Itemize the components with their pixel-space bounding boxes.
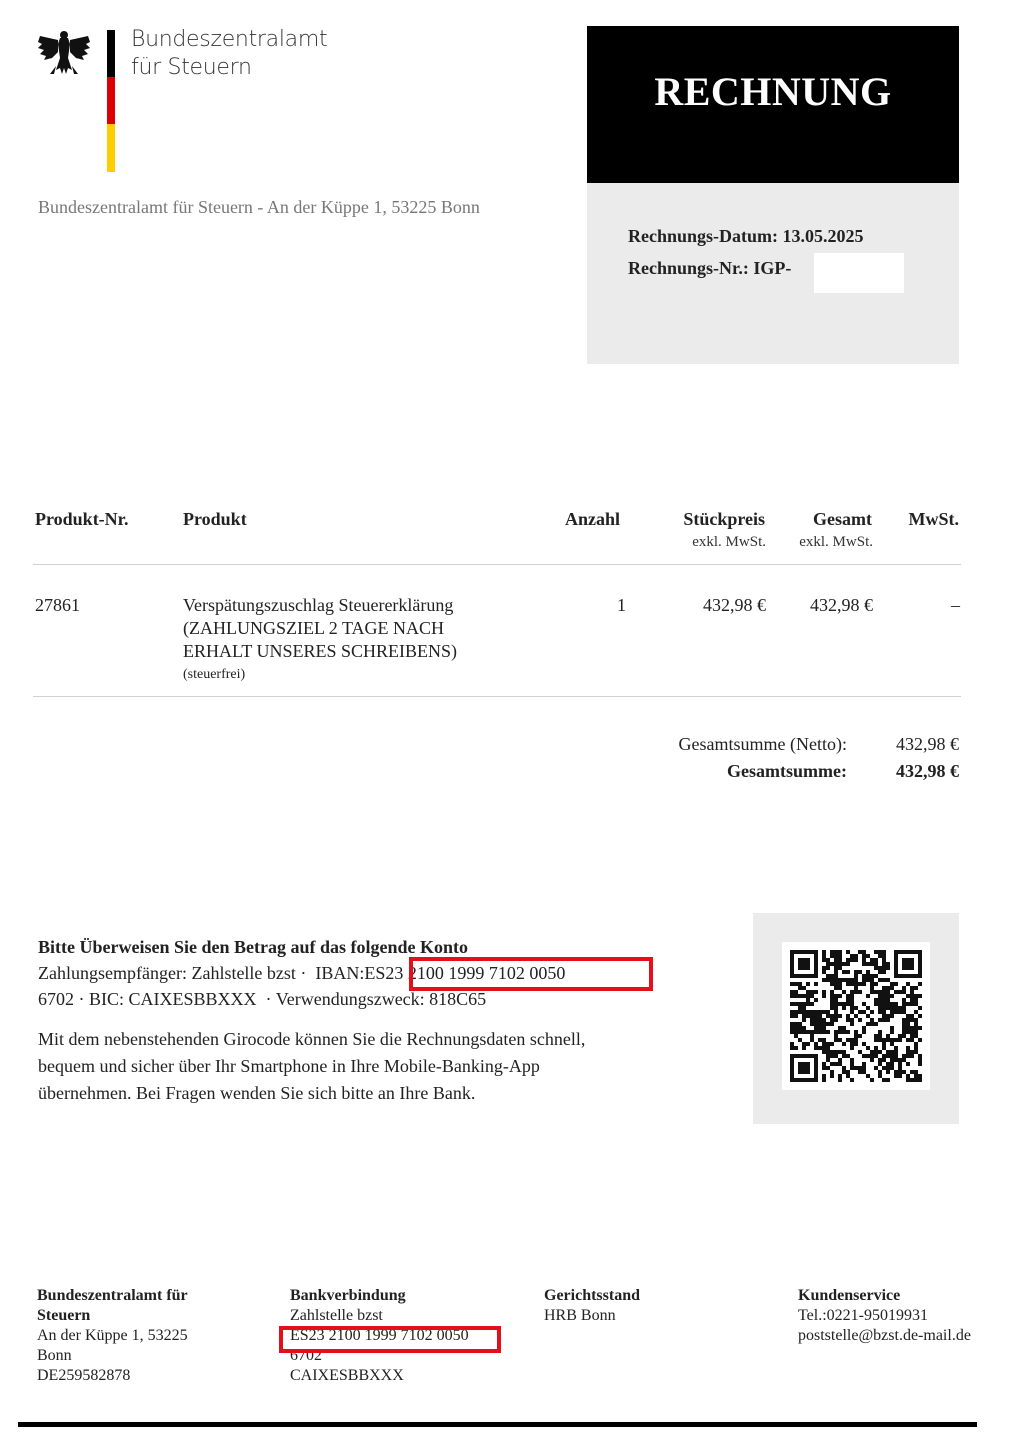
iban-highlight <box>409 957 653 991</box>
net-total-label: Gesamtsumme (Netto): <box>679 734 847 755</box>
bottom-rule <box>18 1422 977 1427</box>
header-total: Gesamt <box>813 509 872 530</box>
gross-total-label: Gesamtsumme: <box>727 761 847 782</box>
row-product-no: 27861 <box>35 594 80 617</box>
footer-iban-highlight <box>279 1326 501 1353</box>
girocode-info: Mit dem nebenstehenden Girocode können S… <box>38 1026 698 1107</box>
row-unit-price: 432,98 € <box>703 594 766 617</box>
header-quantity: Anzahl <box>565 509 620 530</box>
invoice-number: Rechnungs-Nr.: IGP- <box>628 258 791 279</box>
logo-line-2: für Steuern <box>131 54 327 82</box>
row-product: Verspätungszuschlag Steuererklärung (ZAH… <box>183 594 457 686</box>
redaction-box <box>814 253 904 293</box>
logo-line-1: Bundeszentralamt <box>131 26 327 54</box>
sender-address: Bundeszentralamt für Steuern - An der Kü… <box>38 197 480 218</box>
table-divider <box>33 564 961 565</box>
header-total-sub: exkl. MwSt. <box>799 534 873 551</box>
row-vat: – <box>951 594 960 617</box>
service-email[interactable]: poststelle@bzst.de-mail.de <box>798 1326 971 1346</box>
footer-col-service: Kundenservice Tel.:0221-95019931 postste… <box>798 1286 971 1346</box>
net-total-value: 432,98 € <box>896 734 959 755</box>
row-quantity: 1 <box>617 594 626 617</box>
federal-eagle-icon <box>36 26 92 80</box>
invoice-date: Rechnungs-Datum: 13.05.2025 <box>628 226 864 247</box>
gross-total-value: 432,98 € <box>896 761 959 782</box>
girocode-panel <box>753 913 959 1124</box>
tax-note: (steuerfrei) <box>183 663 457 686</box>
qr-code-icon <box>790 950 922 1082</box>
footer-col-sender: Bundeszentralamt für Steuern An der Küpp… <box>37 1286 188 1386</box>
header-product: Produkt <box>183 509 247 530</box>
header-unit-price-sub: exkl. MwSt. <box>692 534 766 551</box>
girocode-qr[interactable] <box>782 942 930 1090</box>
invoice-title-box: RECHNUNG <box>587 26 959 183</box>
header-vat: MwSt. <box>909 509 960 530</box>
header-product-no: Produkt-Nr. <box>35 509 129 530</box>
invoice-title: RECHNUNG <box>654 68 891 115</box>
german-flag-bar <box>107 30 115 172</box>
row-total: 432,98 € <box>810 594 873 617</box>
footer-col-court: Gerichtsstand HRB Bonn <box>544 1286 640 1326</box>
header-unit-price: Stückpreis <box>683 509 765 530</box>
logo-text: Bundeszentralamt für Steuern <box>131 26 327 82</box>
table-divider <box>33 696 961 697</box>
